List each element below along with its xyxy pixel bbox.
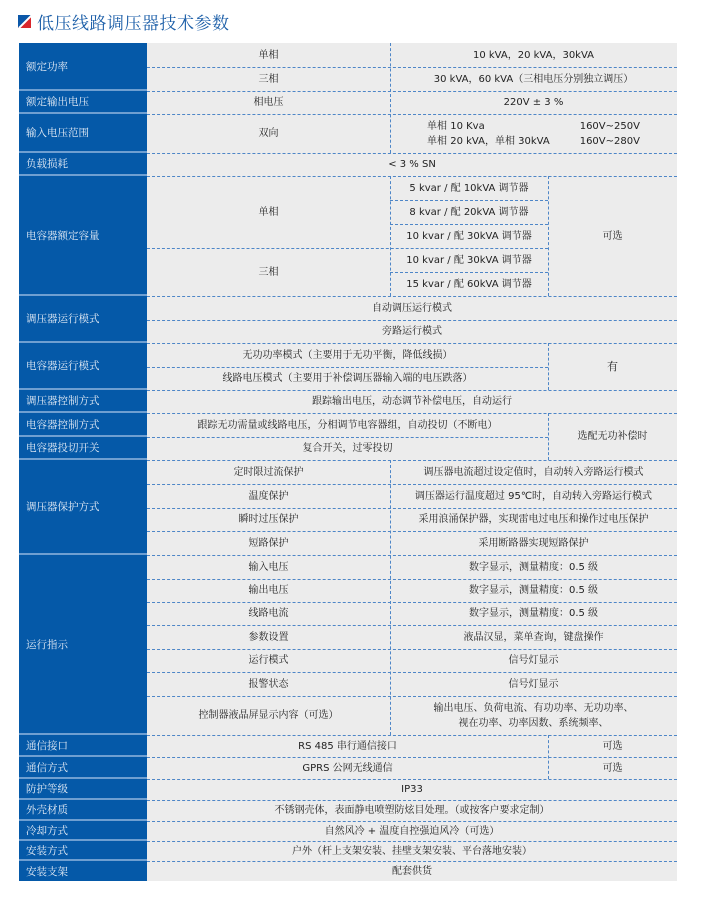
row-divider [147,555,677,556]
row-divider [147,413,677,414]
row-divider [147,176,677,177]
row-divider [390,224,548,225]
title-text: 低压线路调压器技术参数 [37,9,230,34]
label-comm-method: 通信方式 [19,757,147,779]
row-divider [147,484,677,485]
bracket-value: 配套供货 [147,861,677,881]
column-divider [390,460,391,735]
label-load-loss: 负载损耗 [19,153,147,176]
comm-interface-value: RS 485 串行通信接口 [147,735,548,757]
comm-method-note: 可选 [548,757,677,779]
label-rated-power: 额定功率 [19,43,147,91]
protection-name: 定时限过流保护 [147,460,390,484]
label-rated-output-voltage: 额定输出电压 [19,91,147,114]
label-regulator-control: 调压器控制方式 [19,390,147,413]
capacitor-note: 可选 [548,176,677,296]
label-capacitor-control: 电容器控制方式 [19,413,147,437]
lcd-display-name: 控制器液晶屏显示内容（可选） [147,696,390,735]
capacitor-three-name: 三相 [147,248,390,296]
enclosure-value: 不锈钢壳体，表面静电喷塑防炫目处理。（或按客户要求定制） [147,800,677,821]
lcd-display-value: 输出电压、负荷电流、有功功率、无功功率、 视在功率、功率因数、系统频率、 [390,696,677,735]
indication-value: 信号灯显示 [390,672,677,696]
label-regulator-protection: 调压器保护方式 [19,460,147,555]
input-voltage-range-values: 单相 10 Kva 160V~250V 单相 20 kVA，单相 30kVA 1… [390,114,677,153]
row-divider [147,696,677,697]
row-divider [147,343,677,344]
label-capacitor-run-mode: 电容器运行模式 [19,343,147,390]
rated-output-voltage-name: 相电压 [147,91,390,114]
row-divider [147,602,677,603]
comm-interface-note: 可选 [548,735,677,757]
label-bracket: 安装支架 [19,861,147,881]
regulator-run-mode-auto: 自动调压运行模式 [147,296,677,320]
rated-power-single-value: 10 kVA，20 kVA，30kVA [390,43,677,67]
label-input-voltage-range: 输入电压范围 [19,114,147,153]
regulator-control-value: 跟踪输出电压，动态调节补偿电压，自动运行 [147,390,677,413]
lcd-display-line-1: 输出电压、负荷电流、有功功率、无功功率、 [434,701,634,716]
protection-name: 温度保护 [147,484,390,508]
rated-power-three-value: 30 kVA，60 kVA（三相电压分别独立调压） [390,67,677,91]
capacitor-single-name: 单相 [147,176,390,248]
label-run-indication: 运行指示 [19,555,147,735]
protection-value: 采用断路器实现短路保护 [390,531,677,555]
protection-value: 调压器运行温度超过 95℃时，自动转入旁路运行模式 [390,484,677,508]
indication-name: 输出电压 [147,579,390,602]
row-divider [147,821,677,822]
row-divider [147,672,677,673]
row-divider [147,437,548,438]
row-divider [147,649,677,650]
indication-name: 线路电流 [147,602,390,625]
lcd-display-line-2: 视在功率、功率因数、系统频率、 [459,716,609,731]
row-divider [147,460,677,461]
label-protection-grade: 防护等级 [19,779,147,800]
row-divider [147,390,677,391]
row-divider [147,861,677,862]
row-divider [147,114,677,115]
column-divider [390,43,391,153]
capacitor-item: 15 kvar / 配 60kVA 调节器 [390,272,548,296]
label-regulator-run-mode: 调压器运行模式 [19,296,147,343]
capacitor-run-mode-line-voltage: 线路电压模式（主要用于补偿调压器输入端的电压跌落） [147,367,548,390]
row-divider [147,735,677,736]
row-divider [147,579,677,580]
row-divider [147,779,677,780]
protection-value: 调压器电流超过设定值时，自动转入旁路运行模式 [390,460,677,484]
input-range-model-2: 单相 20 kVA，单相 30kVA [427,134,550,149]
column-divider [548,176,549,296]
input-voltage-range-name: 双向 [147,114,390,153]
label-comm-interface: 通信接口 [19,735,147,757]
label-capacitor-switch: 电容器投切开关 [19,437,147,460]
column-divider [390,176,391,296]
indication-value: 信号灯显示 [390,649,677,672]
label-capacitor-rated-capacity: 电容器额定容量 [19,176,147,296]
capacitor-control-value: 跟踪无功需量或线路电压，分相调节电容器组，自动投切（不断电） [147,413,548,437]
protection-grade-value: IP33 [147,779,677,800]
capacitor-run-mode-reactive: 无功功率模式（主要用于无功平衡，降低线损） [147,343,548,367]
row-divider [147,625,677,626]
capacitor-item: 5 kvar / 配 10kVA 调节器 [390,176,548,200]
indication-value: 液晶汉显，菜单查询，键盘操作 [390,625,677,649]
input-range-value-2: 160V~280V [580,134,640,149]
input-range-model-1: 单相 10 Kva [427,119,550,134]
page-title: 低压线路调压器技术参数 [18,9,230,33]
row-divider [147,320,677,321]
indication-value: 数字显示，测量精度：0.5 级 [390,555,677,579]
cooling-value: 自然风冷 + 温度自控强迫风冷（可选） [147,821,677,841]
row-divider [147,153,677,154]
rated-power-single-name: 单相 [147,43,390,67]
row-divider [147,800,677,801]
column-divider [548,735,549,779]
installation-value: 户外（杆上支架安装、挂壁支架安装、平台落地安装） [147,841,677,861]
row-divider [147,757,677,758]
label-installation: 安装方式 [19,841,147,861]
indication-name: 参数设置 [147,625,390,649]
capacitor-optional-note: 选配无功补偿时 [548,413,677,460]
indication-value: 数字显示，测量精度：0.5 级 [390,579,677,602]
row-divider [147,67,677,68]
label-enclosure: 外壳材质 [19,800,147,821]
row-divider [147,841,677,842]
input-range-value-1: 160V~250V [580,119,640,134]
title-marker-icon [18,15,31,28]
comm-method-value: GPRS 公网无线通信 [147,757,548,779]
column-divider [548,343,549,390]
indication-name: 报警状态 [147,672,390,696]
protection-name: 瞬时过压保护 [147,508,390,531]
regulator-run-mode-bypass: 旁路运行模式 [147,320,677,343]
capacitor-item: 10 kvar / 配 30kVA 调节器 [390,248,548,272]
row-divider [390,200,548,201]
column-divider [548,413,549,460]
rated-power-three-name: 三相 [147,67,390,91]
capacitor-switch-value: 复合开关，过零投切 [147,437,548,460]
indication-value: 数字显示，测量精度：0.5 级 [390,602,677,625]
row-divider [390,272,548,273]
indication-name: 运行模式 [147,649,390,672]
label-cooling: 冷却方式 [19,821,147,841]
indication-name: 输入电压 [147,555,390,579]
row-divider [147,508,677,509]
row-divider [147,296,677,297]
row-divider [147,367,548,368]
protection-value: 采用浪涌保护器，实现雷电过电压和操作过电压保护 [390,508,677,531]
rated-output-voltage-value: 220V ± 3 % [390,91,677,114]
row-divider [147,91,677,92]
protection-name: 短路保护 [147,531,390,555]
capacitor-item: 10 kvar / 配 30kVA 调节器 [390,224,548,248]
capacitor-run-mode-note: 有 [548,343,677,390]
row-divider [147,248,548,249]
capacitor-item: 8 kvar / 配 20kVA 调节器 [390,200,548,224]
load-loss-value: < 3 % SN [147,153,677,176]
row-divider [147,531,677,532]
